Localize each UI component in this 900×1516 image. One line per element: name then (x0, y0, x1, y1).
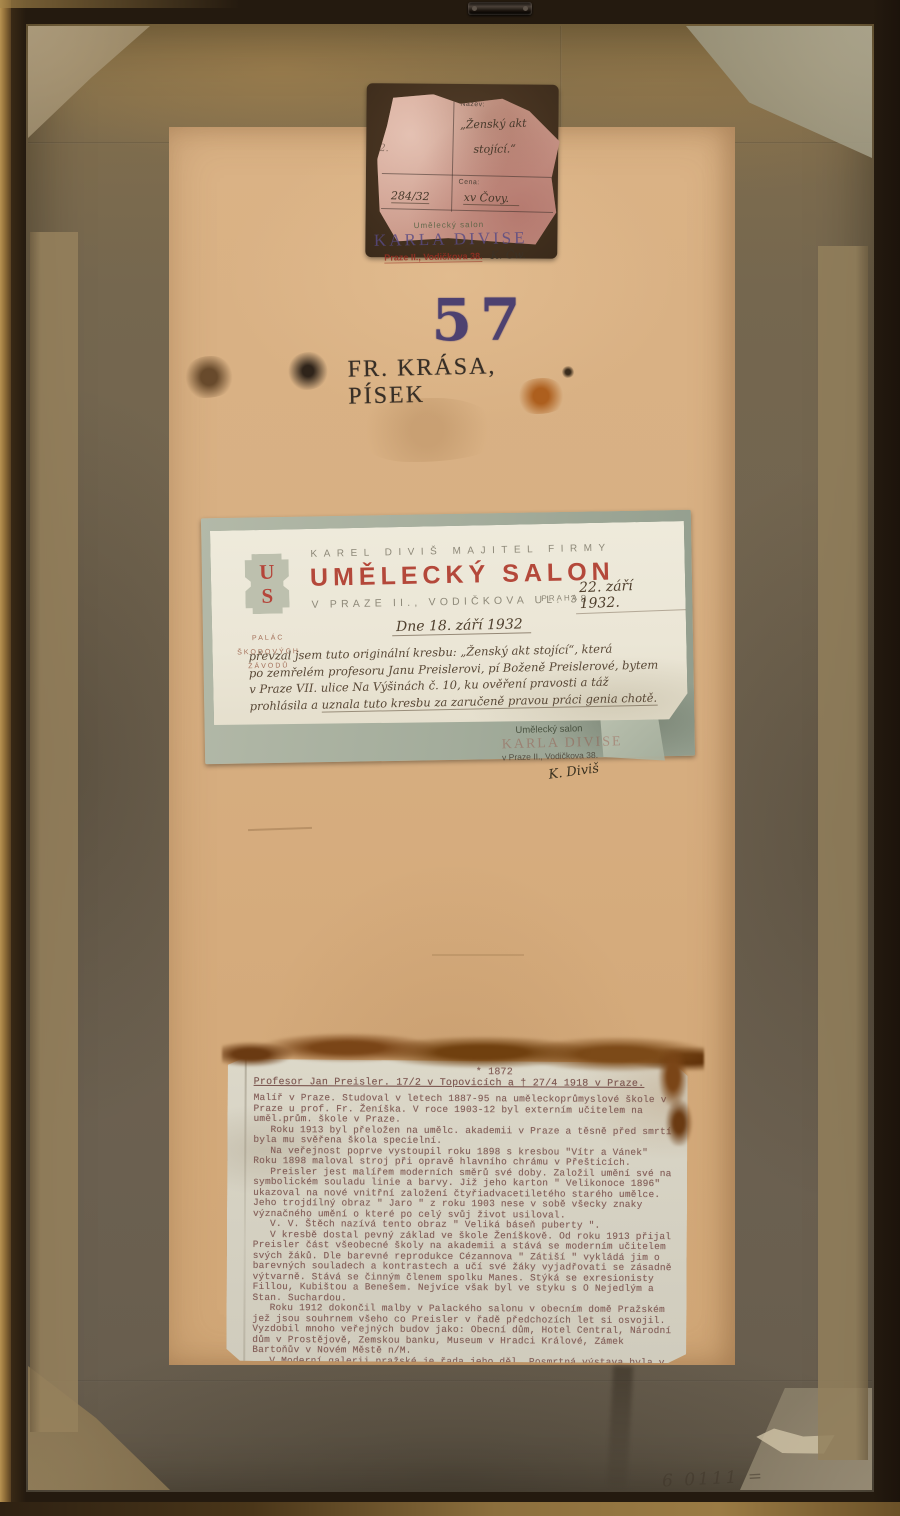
biography-paragraph: Roku 1912 dokončil malby v Palackého sal… (252, 1303, 676, 1358)
label-price-field: Cena: (458, 179, 479, 186)
letterhead-firm-line: KAREL DIVIŠ MAJITEL FIRMY (310, 543, 611, 560)
stamp-address: Praze II., Vodičkova 38. (384, 252, 483, 264)
letter-line-part: prohlásila a (249, 697, 321, 713)
backing-crease (560, 26, 562, 136)
letterhead-salon-name: UMĚLECKÝ SALON (310, 558, 615, 593)
page-crease (243, 1059, 247, 1361)
biography-paragraph: Na veřejnost poprve vystoupil roku 1898 … (253, 1145, 677, 1168)
frame-gilt-edge-left (0, 0, 11, 1516)
umelecky-salon-letter: U S KAREL DIVIŠ MAJITEL FIRMY UMĚLECKÝ S… (210, 521, 688, 729)
letter-body-handwriting: převzal jsem tuto originální kresbu: „Že… (248, 639, 681, 714)
glue-stain-right (648, 1050, 698, 1146)
backing-crease (28, 1380, 872, 1382)
letterhead-city-label: PRAHA (541, 593, 579, 603)
hanging-bracket (468, 2, 532, 15)
frame-gilt-edge-bottom (0, 1502, 900, 1516)
ink-stain (562, 366, 574, 378)
label-inventory-number: 284/32 (391, 189, 430, 204)
scratch-mark (432, 954, 524, 956)
biography-paragraph: Malíř v Praze. Studoval v letech 1887-95… (253, 1093, 677, 1127)
edge-tape-right (818, 246, 868, 1460)
handwritten-date: 22. září 1932. (575, 576, 686, 614)
typed-text-block: * 1872 Profesor Jan Preisler. 17/2 v Top… (252, 1067, 678, 1389)
biography-paragraph: Roku 1913 byl přeložen na umělc. akademi… (253, 1124, 677, 1147)
inventory-number-57: 57 (413, 286, 547, 354)
monogram-letter-u: U (259, 560, 275, 584)
dealer-stamp-below-letter: Umělecký salon KARLA DIVISE v Praze II.,… (501, 722, 682, 783)
ink-stain (288, 352, 328, 390)
biography-paragraph: V kresbě dostal pevný základ ve škole Že… (253, 1229, 677, 1305)
glue-stain-band (222, 1018, 704, 1084)
label-price-value: xv Čovy. (464, 191, 520, 206)
ink-stain (184, 356, 234, 398)
frame-gilt-edge-top (0, 0, 240, 8)
monogram-letter-s: S (261, 584, 273, 608)
label-artwork-title: „Ženský akt (460, 117, 527, 132)
typed-biography-page: * 1872 Profesor Jan Preisler. 17/2 v Top… (226, 1059, 688, 1363)
dealer-stamp-on-label: Umělecký salon KARLA DIVISE Praze II., V… (374, 219, 587, 265)
biography-paragraph: Preisler jest malířem moderních směrů sv… (253, 1166, 677, 1221)
label-rule-horizontal (382, 208, 553, 213)
edge-tape-left (30, 232, 78, 1432)
label-rule-vertical (451, 98, 455, 212)
stamp-handwritten-initials: K. Čw. (491, 248, 526, 262)
letter-date-line: Dne 18. září 1932 (392, 616, 531, 636)
label-artwork-title: stojící.“ (474, 143, 517, 157)
framed-artwork-back-photo: Název: „Ženský akt stojící.“ Cena: xv Čo… (0, 0, 900, 1516)
rust-stain (516, 378, 566, 414)
faint-stain (352, 398, 502, 462)
label-rule-horizontal (382, 173, 553, 178)
salon-monogram-logo: U S (244, 553, 289, 614)
